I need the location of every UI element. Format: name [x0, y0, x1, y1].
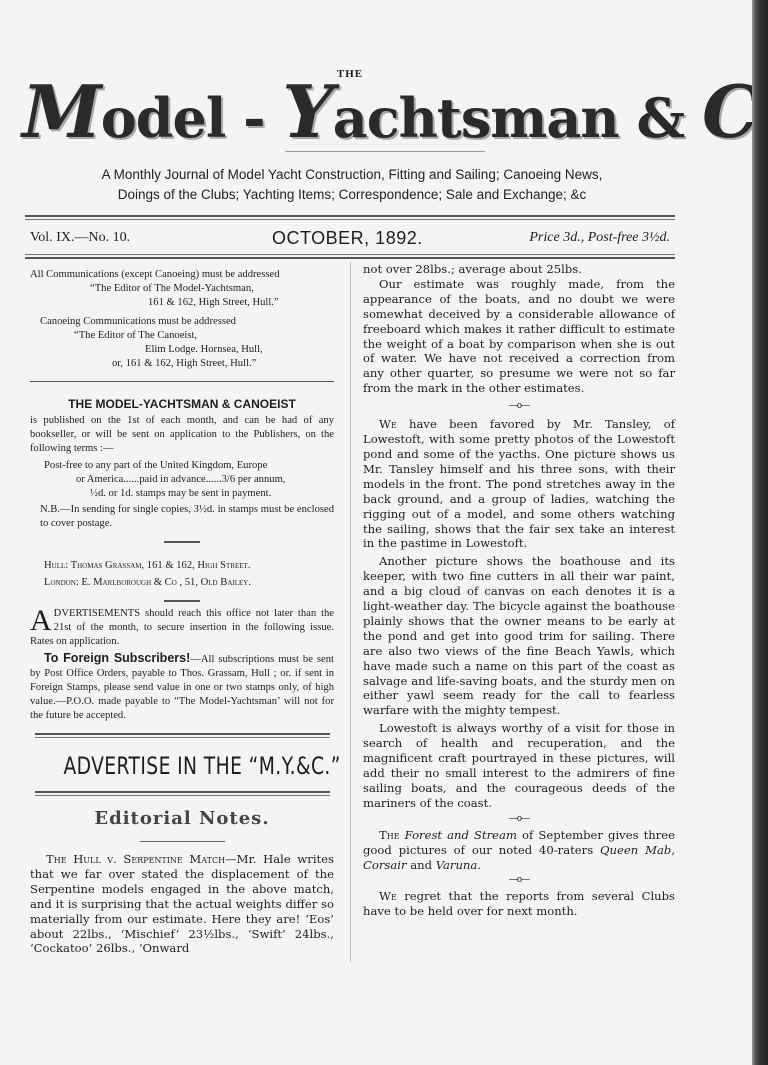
- masthead-word-model: odel -: [101, 86, 283, 150]
- boathouse-paragraph: Another picture shows the boathouse and …: [363, 554, 675, 718]
- masthead-initial-y: Y: [282, 69, 332, 154]
- article-lead: The Hull v. Serpentine Match: [46, 852, 225, 866]
- divider: [25, 257, 675, 259]
- publication-title: Forest and Stream: [405, 828, 517, 842]
- subtitle-line-2: Doings of the Clubs; Yachting Items; Cor…: [0, 187, 704, 202]
- section-separator: —o—: [363, 874, 675, 887]
- nb-note: N.B.—In sending for single copies, 3½d. …: [30, 503, 334, 531]
- publication-heading: THE MODEL-YACHTSMAN & CANOEIST: [30, 397, 334, 411]
- lowestoft-paragraph: Lowestoft is always worthy of a visit fo…: [363, 721, 675, 810]
- paragraph-lead: We: [379, 889, 397, 903]
- forest-text: .: [477, 858, 481, 872]
- advertisements-text: DVERTISEMENTS should reach this office n…: [30, 608, 334, 647]
- dropcap-a: A: [30, 608, 52, 634]
- boat-name: Varuna: [436, 858, 478, 872]
- editorial-notes-heading: Editorial Notes.: [30, 808, 334, 829]
- communications-line: All Communications (except Canoeing) mus…: [30, 268, 334, 282]
- paragraph-lead: The: [379, 828, 400, 842]
- section-separator: —o—: [363, 400, 675, 413]
- advertisements-notice: ADVERTISEMENTS should reach this office …: [30, 607, 334, 649]
- divider: [35, 795, 330, 796]
- regret-paragraph: regret that the reports from several Clu…: [363, 889, 675, 918]
- communications-line: 161 & 162, High Street, Hull.”: [30, 296, 334, 310]
- issue-price: Price 3d., Post-free 3½d.: [529, 230, 670, 246]
- advertise-banner: ADVERTISE IN THE “M.Y.&C.”: [63, 752, 300, 780]
- estimate-paragraph: Our estimate was roughly made, from the …: [363, 277, 675, 396]
- divider: [25, 215, 675, 217]
- divider: [35, 737, 330, 738]
- forest-text: and: [407, 858, 436, 872]
- publication-notice: THE MODEL-YACHTSMAN & CANOEIST is publis…: [30, 397, 334, 543]
- publishers: Hull: Thomas Grassam, 161 & 162, High St…: [30, 559, 334, 602]
- divider: [140, 841, 225, 842]
- terms-line: ½d. or 1d. stamps may be sent in payment…: [30, 487, 334, 501]
- publisher-london: London: E. Marlborough & Co , 51, Old Ba…: [30, 576, 334, 590]
- tansley-paragraph: have been favored by Mr. Tansley, of Low…: [363, 417, 675, 550]
- divider: [25, 254, 675, 255]
- short-rule: [164, 600, 200, 602]
- volume-number: Vol. IX.—No. 10.: [30, 230, 130, 246]
- continued-text: not over 28lbs.; average about 25lbs.: [363, 262, 675, 277]
- foreign-subscribers-heading: To Foreign Subscribers!: [30, 651, 190, 665]
- right-column: not over 28lbs.; average about 25lbs. Ou…: [363, 262, 675, 919]
- divider: [35, 733, 330, 735]
- issue-date: OCTOBER, 1892.: [272, 228, 423, 249]
- communications-line: Canoeing Communications must be addresse…: [30, 315, 334, 329]
- terms-line: or America......paid in advance......3/6…: [30, 473, 334, 487]
- masthead-word-yachtsman: achtsman &: [333, 86, 702, 150]
- publisher-hull: Hull: Thomas Grassam, 161 & 162, High St…: [30, 559, 334, 573]
- masthead-initial-c: C: [702, 69, 758, 154]
- magazine-page: THE Model - Yachtsman & Canoeist. A Mont…: [0, 0, 752, 1065]
- section-separator: —o—: [363, 813, 675, 826]
- column-divider: [350, 262, 351, 962]
- article-text: —Mr. Hale writes that we far over stated…: [30, 852, 334, 955]
- communications-line: “The Editor of The Model-Yachtsman,: [30, 282, 334, 296]
- divider: [35, 791, 330, 793]
- boat-name: Corsair: [363, 858, 407, 872]
- forest-text: ,: [671, 843, 675, 857]
- communications-line: Elim Lodge. Hornsea, Hull,: [30, 343, 334, 357]
- communications-notice: All Communications (except Canoeing) mus…: [30, 268, 334, 371]
- divider: [30, 381, 334, 382]
- masthead-title: Model - Yachtsman & Canoeist.: [22, 72, 702, 158]
- hull-serpentine-article: The Hull v. Serpentine Match—Mr. Hale wr…: [30, 852, 334, 956]
- publication-intro: is published on the 1st of each month, a…: [30, 414, 334, 456]
- masthead-initial-m: M: [22, 69, 101, 154]
- terms-line: Post-free to any part of the United King…: [30, 459, 334, 473]
- dateline: Vol. IX.—No. 10. OCTOBER, 1892. Price 3d…: [30, 228, 670, 250]
- communications-line: “The Editor of The Canoeist,: [30, 329, 334, 343]
- foreign-subscribers-notice: To Foreign Subscribers!—All subscription…: [30, 651, 334, 723]
- boat-name: Queen Mab: [600, 843, 671, 857]
- subtitle-line-1: A Monthly Journal of Model Yacht Constru…: [0, 167, 704, 182]
- page-binding-edge: [752, 0, 768, 1065]
- masthead-rule: [285, 151, 485, 152]
- short-rule: [164, 541, 200, 543]
- communications-line: or, 161 & 162, High Street, Hull.”: [30, 357, 334, 371]
- paragraph-lead: We: [379, 417, 397, 431]
- divider: [25, 219, 675, 220]
